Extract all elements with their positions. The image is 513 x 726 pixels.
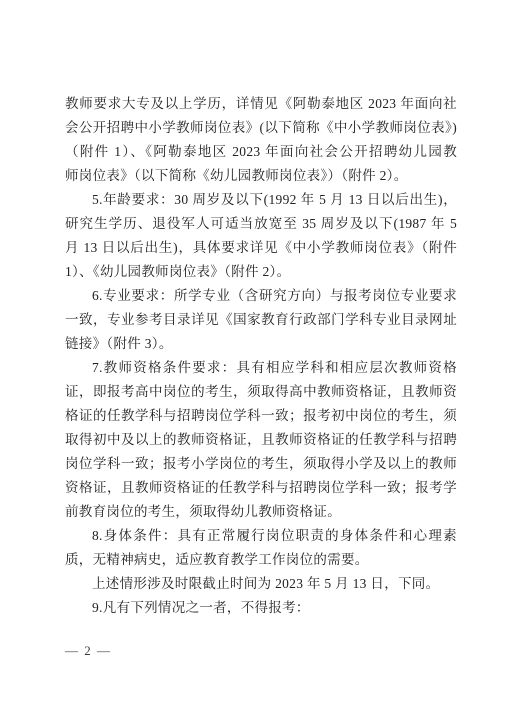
document-line: 前教育岗位的考生，须取得幼儿教师资格证。 [65, 500, 457, 524]
document-line: 研究生学历、退役军人可适当放宽至 35 周岁及以下(1987 年 5 [65, 212, 457, 236]
document-line: 教师要求大专及以上学历，详情见《阿勒泰地区 2023 年面向社 [65, 92, 457, 116]
document-page: 教师要求大专及以上学历，详情见《阿勒泰地区 2023 年面向社 会公开招聘中小学… [0, 0, 513, 726]
document-line: 取得初中及以上的教师资格证，且教师资格证的任教学科与招聘 [65, 428, 457, 452]
document-line: 格证的任教学科与招聘岗位学科一致；报考初中岗位的考生，须 [65, 404, 457, 428]
document-line: 7.教师资格条件要求：具有相应学科和相应层次教师资格 [65, 356, 457, 380]
document-line: 8.身体条件：具有正常履行岗位职责的身体条件和心理素 [65, 524, 457, 548]
document-body-text: 教师要求大专及以上学历，详情见《阿勒泰地区 2023 年面向社 会公开招聘中小学… [65, 92, 457, 620]
document-line: 9.凡有下列情况之一者，不得报考： [65, 596, 457, 620]
document-line: 一致，专业参考目录详见《国家教育行政部门学科专业目录网址 [65, 308, 457, 332]
document-line: 质，无精神病史，适应教育教学工作岗位的需要。 [65, 548, 457, 572]
document-line: 1）、《幼儿园教师岗位表》（附件 2）。 [65, 260, 457, 284]
document-line: 5.年龄要求：30 周岁及以下(1992 年 5 月 13 日以后出生)， [65, 188, 457, 212]
document-line: 月 13 日以后出生)，具体要求详见《中小学教师岗位表》（附件 [65, 236, 457, 260]
document-line: 链接》（附件 3）。 [65, 332, 457, 356]
document-line: 上述情形涉及时限截止时间为 2023 年 5 月 13 日，下同。 [65, 572, 457, 596]
document-line: 师岗位表》（以下简称《幼儿园教师岗位表》）（附件 2）。 [65, 164, 457, 188]
page-number: — 2 — [65, 641, 112, 661]
document-line: （附件 1）、《阿勒泰地区 2023 年面向社会公开招聘幼儿园教 [65, 140, 457, 164]
document-line: 岗位学科一致；报考小学岗位的考生，须取得小学及以上的教师 [65, 452, 457, 476]
document-line: 会公开招聘中小学教师岗位表》(以下简称《中小学教师岗位表》) [65, 116, 457, 140]
document-line: 资格证，且教师资格证的任教学科与招聘岗位学科一致；报考学 [65, 476, 457, 500]
document-line: 6.专业要求：所学专业（含研究方向）与报考岗位专业要求 [65, 284, 457, 308]
document-line: 证，即报考高中岗位的考生，须取得高中教师资格证，且教师资 [65, 380, 457, 404]
